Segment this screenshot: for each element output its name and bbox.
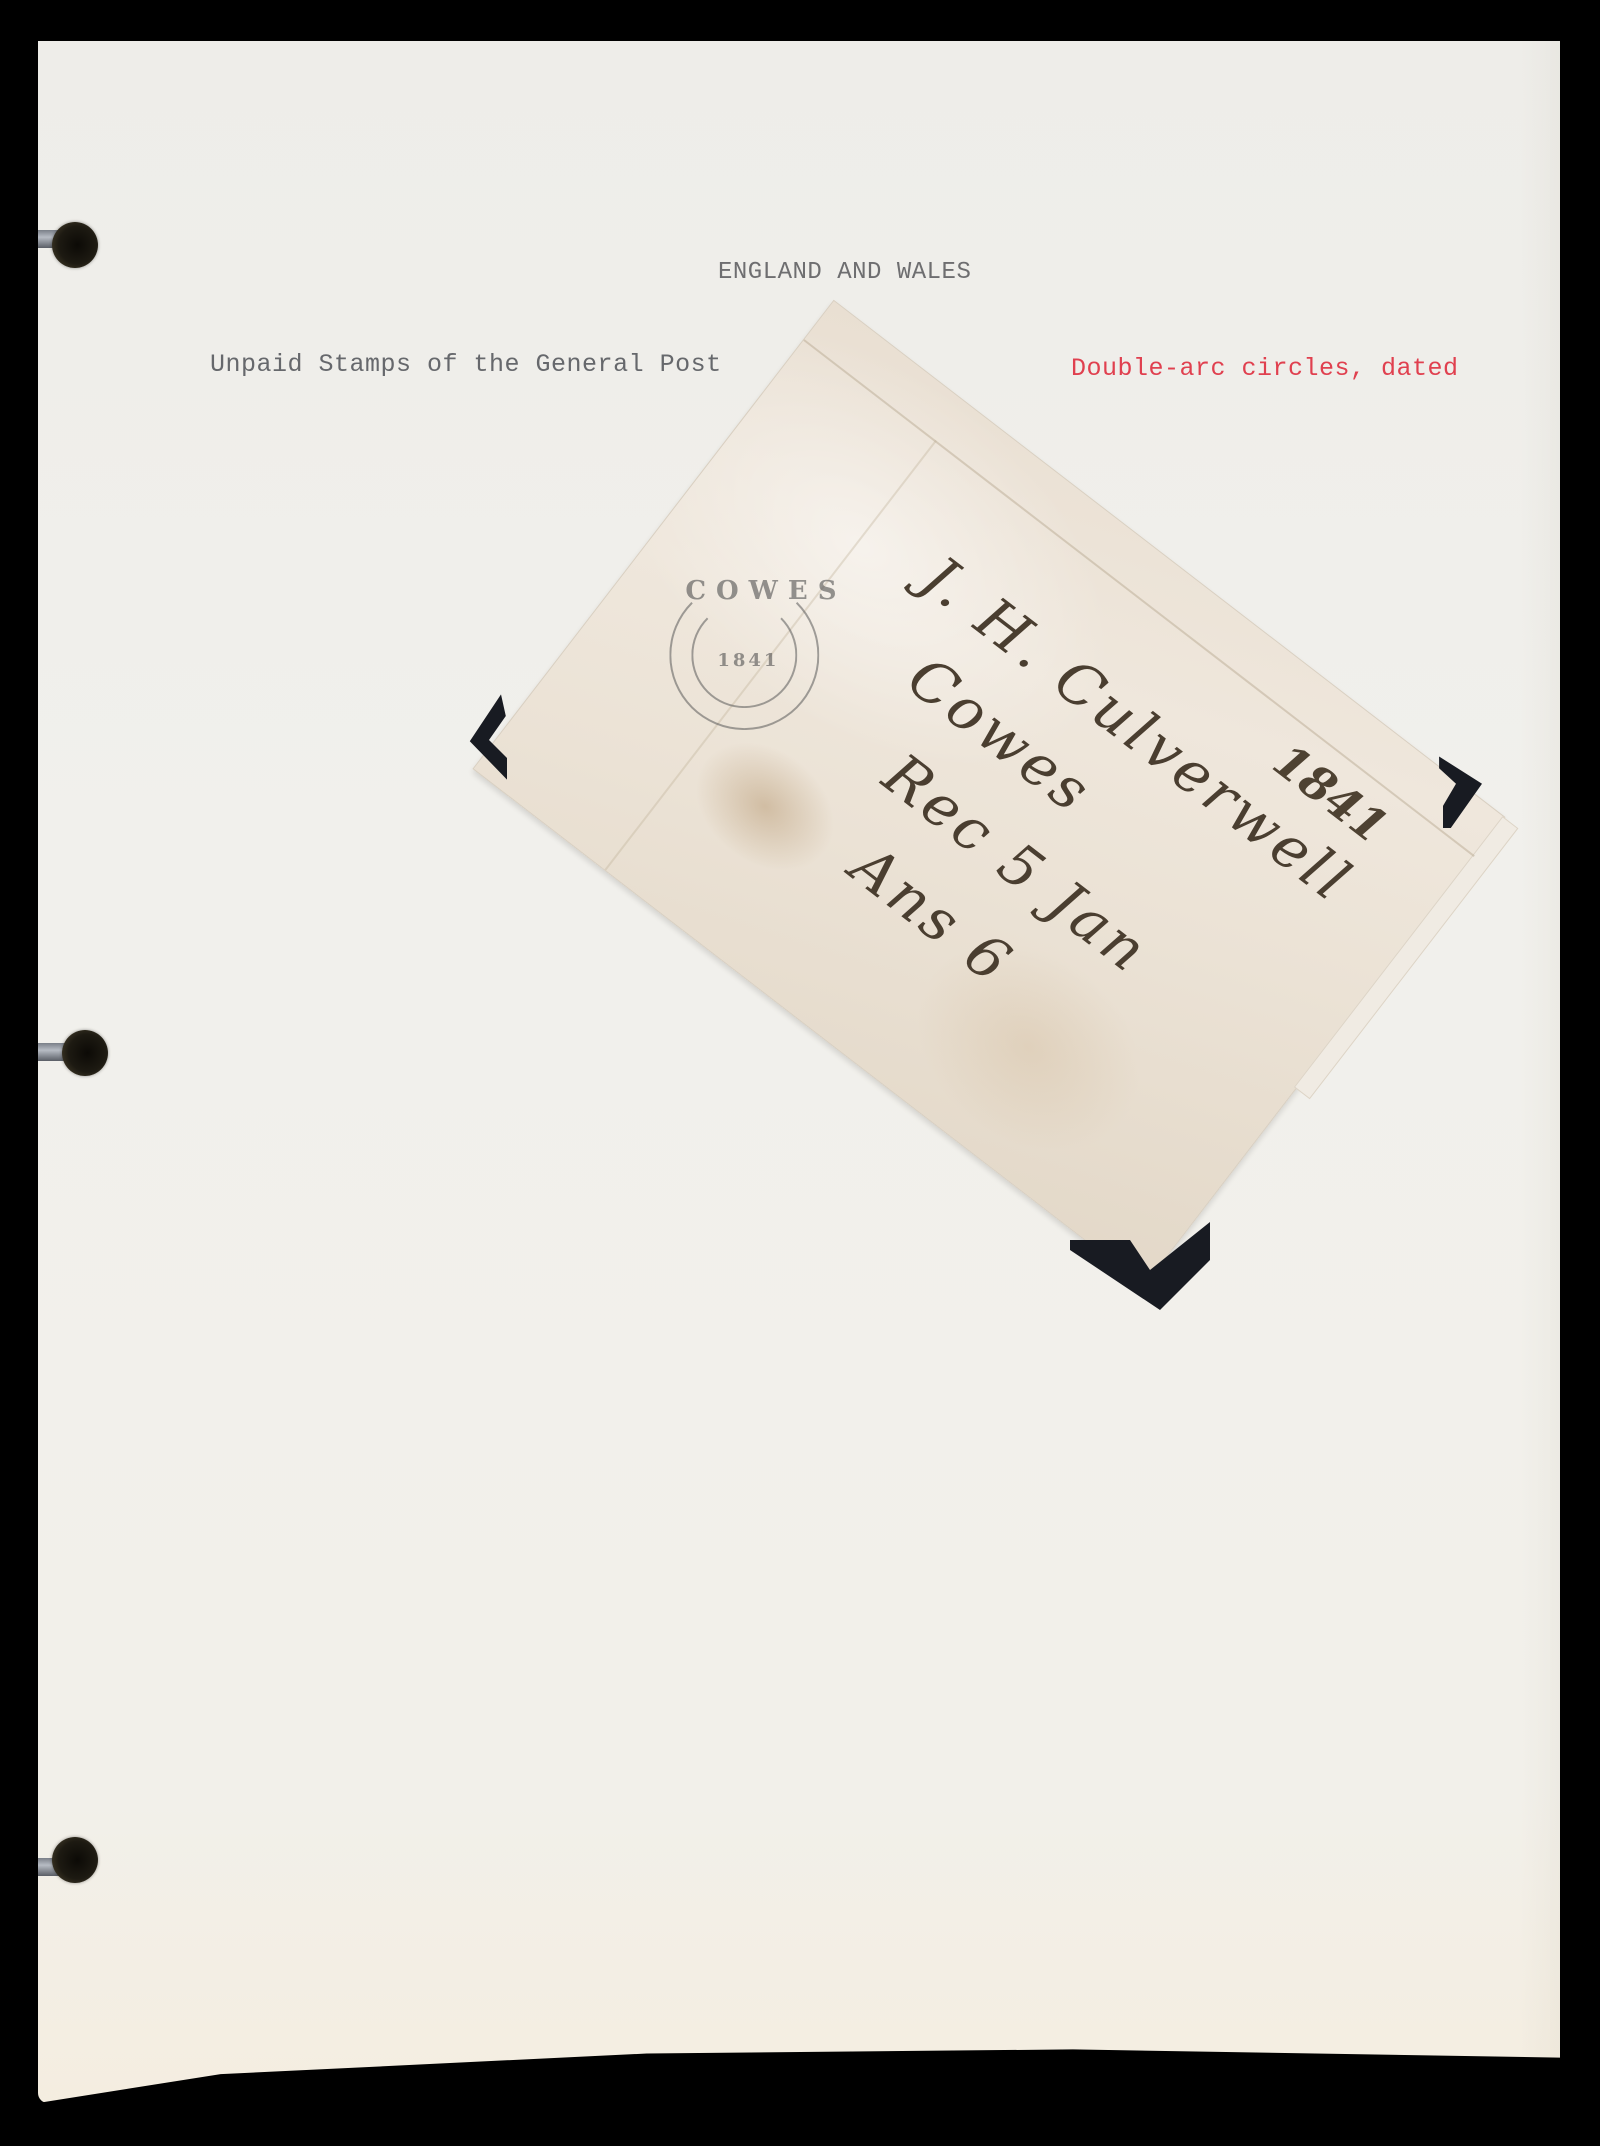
mount-corner-left [462, 692, 552, 782]
mount-corner-right [1430, 750, 1520, 840]
binder-hole-middle [62, 1030, 108, 1076]
cowes-postmark: COWES 1841 [669, 580, 819, 730]
section-title: Unpaid Stamps of the General Post [210, 350, 722, 379]
page-heading: ENGLAND AND WALES [718, 259, 971, 286]
mount-corner-bottom [1060, 1210, 1220, 1320]
postmark-town: COWES [685, 576, 846, 606]
binder-hole-bottom [52, 1837, 98, 1883]
binder-hole-top [52, 222, 98, 268]
postmark-year: 1841 [717, 650, 779, 671]
category-caption: Double-arc circles, dated [1071, 354, 1459, 383]
